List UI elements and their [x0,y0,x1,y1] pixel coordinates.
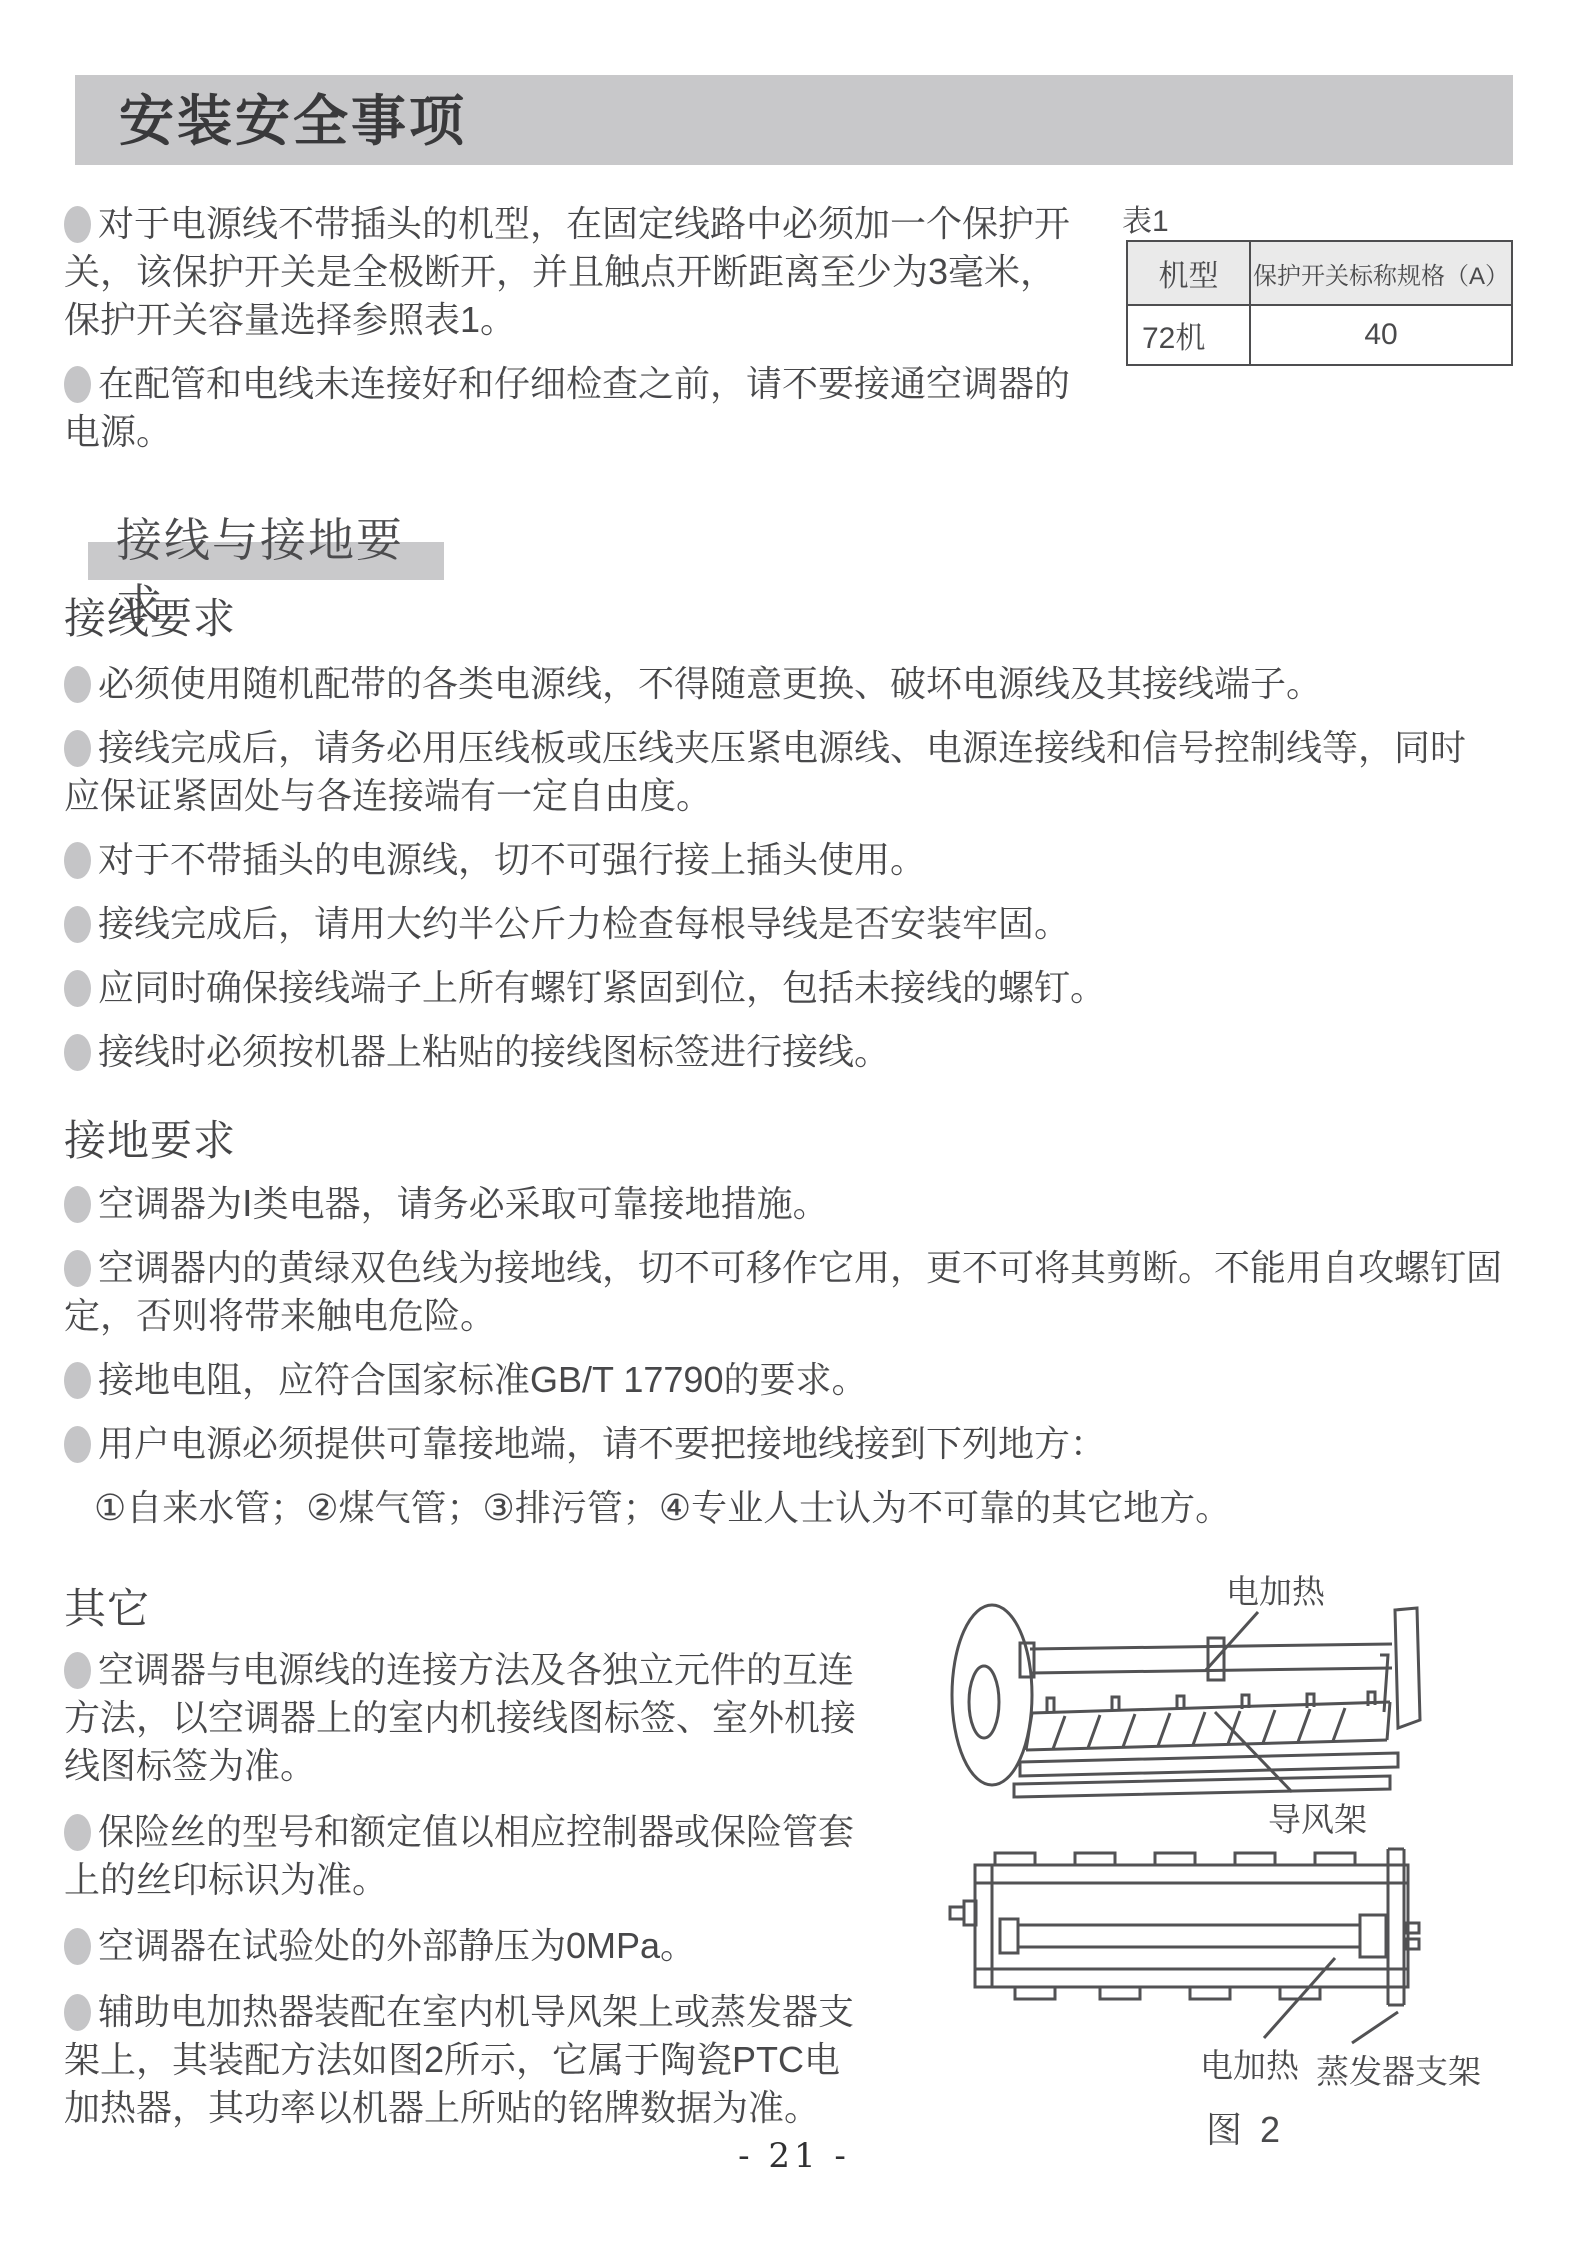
protection-switch-table: 机型 保护开关标称规格（A） 72机 40 [1126,240,1513,366]
table-cell-model: 72机 [1127,305,1250,365]
list-item: 接地电阻，应符合国家标准GB/T 17790的要求。 [64,1356,1524,1404]
intro-section: 对于电源线不带插头的机型，在固定线路中必须加一个保护开 关，该保护开关是全极断开… [64,200,1144,472]
bullet-icon [64,1426,91,1463]
manual-page: 安装安全事项 对于电源线不带插头的机型，在固定线路中必须加一个保护开 关，该保护… [0,0,1588,2245]
table-row: 72机 40 [1127,305,1512,365]
subsection-others-title: 其它 [64,1576,150,1636]
list-item-text: 对于电源线不带插头的机型，在固定线路中必须加一个保护开 关，该保护开关是全极断开… [64,203,1070,340]
list-item: 对于不带插头的电源线，切不可强行接上插头使用。 [64,836,1524,884]
list-item-text: 必须使用随机配带的各类电源线，不得随意更换、破坏电源线及其接线端子。 [98,663,1322,704]
list-item-text: 接线完成后，请务必用压线板或压线夹压紧电源线、电源连接线和信号控制线等，同时 应… [64,727,1466,816]
list-item: 接线时必须按机器上粘贴的接线图标签进行接线。 [64,1028,1524,1076]
list-item-text: 用户电源必须提供可靠接地端，请不要把接地线接到下列地方： [98,1423,1106,1464]
grounding-requirements-list: 空调器为Ⅰ类电器，请务必采取可靠接地措施。 空调器内的黄绿双色线为接地线，切不可… [64,1180,1524,1548]
label-evaporator-bracket: 蒸发器支架 [1316,2046,1481,2093]
list-item-text: 接线完成后，请用大约半公斤力检查每根导线是否安装牢固。 [98,903,1070,944]
list-item: 空调器内的黄绿双色线为接地线，切不可移作它用，更不可将其剪断。不能用自攻螺钉固 … [64,1244,1524,1340]
list-item: 应同时确保接线端子上所有螺钉紧固到位，包括未接线的螺钉。 [64,964,1524,1012]
page-title-bar: 安装安全事项 [75,75,1513,165]
bullet-icon [64,1652,91,1689]
subsection-wiring-title: 接线要求 [64,586,236,646]
section-header-wiring-grounding: 接线与接地要求 [88,504,448,580]
label-air-guide-frame: 导风架 [1268,1794,1367,1841]
list-item: 接线完成后，请用大约半公斤力检查每根导线是否安装牢固。 [64,900,1524,948]
list-item-text: 对于不带插头的电源线，切不可强行接上插头使用。 [98,839,926,880]
list-item: 空调器为Ⅰ类电器，请务必采取可靠接地措施。 [64,1180,1524,1228]
others-list: 空调器与电源线的连接方法及各独立元件的互连 方法，以空调器上的室内机接线图标签、… [64,1646,944,2150]
list-item-text: 空调器为Ⅰ类电器，请务必采取可靠接地措施。 [98,1183,829,1224]
list-item-text: 辅助电加热器装配在室内机导风架上或蒸发器支 架上，其装配方法如图2所示，它属于陶… [64,1991,854,2128]
list-item: 在配管和电线未连接好和仔细检查之前，请不要接通空调器的 电源。 [64,360,1144,456]
list-item-text: 应同时确保接线端子上所有螺钉紧固到位，包括未接线的螺钉。 [98,967,1106,1008]
wiring-requirements-list: 必须使用随机配带的各类电源线，不得随意更换、破坏电源线及其接线端子。 接线完成后… [64,660,1524,1092]
grounding-note: ①自来水管；②煤气管；③排污管；④专业人士认为不可靠的其它地方。 [94,1484,1524,1532]
label-electric-heater-bottom: 电加热 [1200,2040,1299,2087]
label-electric-heater-top: 电加热 [1226,1566,1325,1613]
bullet-icon [64,1250,91,1287]
list-item-text: 空调器内的黄绿双色线为接地线，切不可移作它用，更不可将其剪断。不能用自攻螺钉固 … [64,1247,1502,1336]
bullet-icon [64,970,91,1007]
list-item: 必须使用随机配带的各类电源线，不得随意更换、破坏电源线及其接线端子。 [64,660,1524,708]
list-item-text: 接地电阻，应符合国家标准GB/T 17790的要求。 [98,1359,867,1400]
bullet-icon [64,1362,91,1399]
list-item: 空调器在试验处的外部静压为0MPa。 [64,1922,944,1970]
bullet-icon [64,842,91,879]
list-item: 辅助电加热器装配在室内机导风架上或蒸发器支 架上，其装配方法如图2所示，它属于陶… [64,1988,944,2132]
page-title: 安装安全事项 [119,75,467,165]
list-item: 保险丝的型号和额定值以相应控制器或保险管套 上的丝印标识为准。 [64,1808,944,1904]
table-header-model: 机型 [1127,241,1250,305]
bullet-icon [64,1994,91,2031]
bullet-icon [64,1034,91,1071]
list-item-text: 接线时必须按机器上粘贴的接线图标签进行接线。 [98,1031,890,1072]
subsection-grounding-title: 接地要求 [64,1108,236,1168]
list-item-text: 在配管和电线未连接好和仔细检查之前，请不要接通空调器的 电源。 [64,363,1070,452]
bullet-icon [64,906,91,943]
bullet-icon [64,206,91,243]
table-header-rating: 保护开关标称规格（A） [1250,241,1512,305]
table-header-row: 机型 保护开关标称规格（A） [1127,241,1512,305]
list-item-text: 保险丝的型号和额定值以相应控制器或保险管套 上的丝印标识为准。 [64,1811,854,1900]
bullet-icon [64,366,91,403]
list-item: 用户电源必须提供可靠接地端，请不要把接地线接到下列地方： [64,1420,1524,1468]
bullet-icon [64,1186,91,1223]
list-item: 对于电源线不带插头的机型，在固定线路中必须加一个保护开 关，该保护开关是全极断开… [64,200,1144,344]
bullet-icon [64,730,91,767]
list-item-text: 空调器与电源线的连接方法及各独立元件的互连 方法，以空调器上的室内机接线图标签、… [64,1649,856,1786]
page-number: - 21 - [0,2136,1588,2176]
table-cell-rating: 40 [1250,305,1512,365]
list-item-text: 空调器在试验处的外部静压为0MPa。 [98,1925,696,1966]
bullet-icon [64,1814,91,1851]
list-item: 接线完成后，请务必用压线板或压线夹压紧电源线、电源连接线和信号控制线等，同时 应… [64,724,1524,820]
list-item-text: ①自来水管；②煤气管；③排污管；④专业人士认为不可靠的其它地方。 [94,1487,1231,1528]
figure2-evaporator-bracket-diagram [940,1845,1450,2075]
list-item: 空调器与电源线的连接方法及各独立元件的互连 方法，以空调器上的室内机接线图标签、… [64,1646,944,1790]
table1-caption: 表1 [1122,196,1169,240]
bullet-icon [64,666,91,703]
bullet-icon [64,1928,91,1965]
evaporator-bracket-drawing [940,1845,1450,2075]
